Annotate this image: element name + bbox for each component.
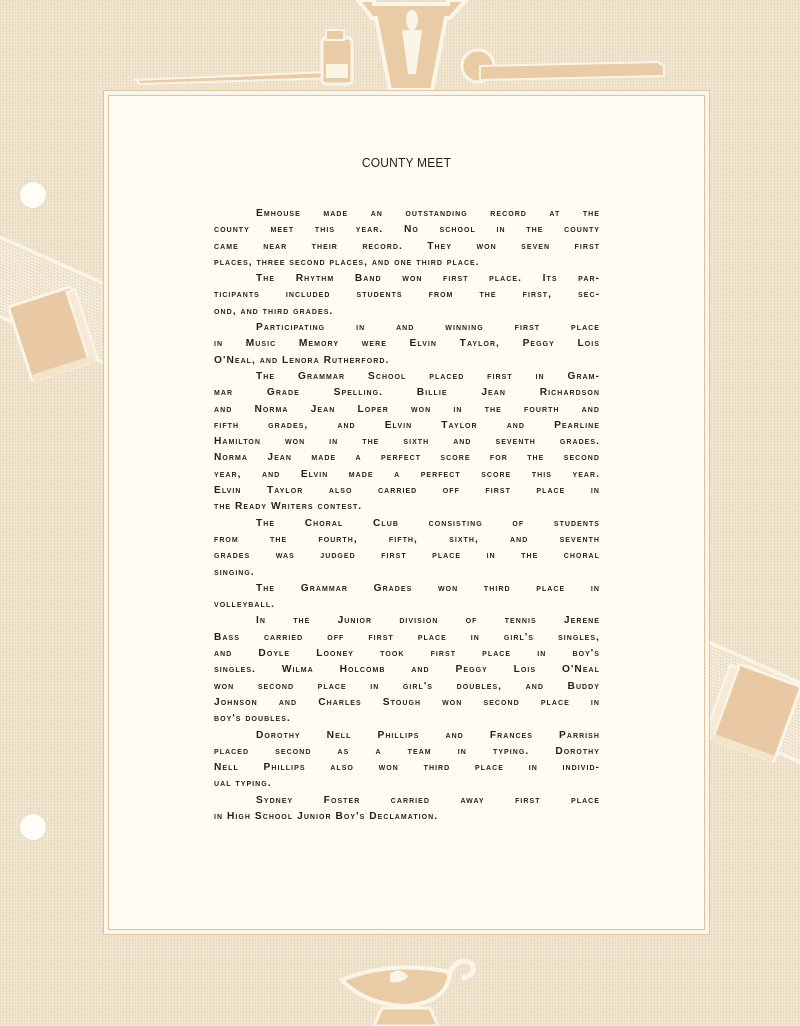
- text-line: Dorothy Nell Phillips and Frances Parris…: [214, 728, 600, 744]
- page-title: COUNTY MEET: [109, 156, 704, 171]
- text-line: and Doyle Looney took first place in boy…: [214, 646, 600, 662]
- text-line: The Choral Club consisting of students: [214, 516, 600, 532]
- text-line: Hamilton won in the sixth and seventh gr…: [214, 434, 600, 450]
- text-line: ual typing.: [214, 776, 600, 792]
- book-icon-right: [706, 656, 800, 766]
- text-line: grades was judged first place in the cho…: [214, 548, 600, 564]
- paragraph: Participating in and winning first place…: [214, 320, 600, 369]
- paragraph: The Grammar Grades won third place invol…: [214, 581, 600, 614]
- text-line: Participating in and winning first place: [214, 320, 600, 336]
- text-line: Emhouse made an outstanding record at th…: [214, 206, 600, 222]
- text-line: from the fourth, fifth, sixth, and seven…: [214, 532, 600, 548]
- text-line: Norma Jean made a perfect score for the …: [214, 450, 600, 466]
- paragraph: Emhouse made an outstanding record at th…: [214, 206, 600, 271]
- paragraph: Sydney Foster carried away first placein…: [214, 793, 600, 826]
- paragraph: The Choral Club consisting of studentsfr…: [214, 516, 600, 581]
- text-line: mar Grade Spelling. Billie Jean Richards…: [214, 385, 600, 401]
- text-line: The Grammar Grades won third place in: [214, 581, 600, 597]
- book-icon-left: [4, 276, 104, 386]
- text-line: volleyball.: [214, 597, 600, 613]
- paragraph: The Rhythm Band won first place. Its par…: [214, 271, 600, 320]
- text-line: Elvin Taylor also carried off first plac…: [214, 483, 600, 499]
- text-line: The Grammar School placed first in Gram-: [214, 369, 600, 385]
- text-line: county meet this year. No school in the …: [214, 222, 600, 238]
- text-line: singing.: [214, 565, 600, 581]
- paragraph: Dorothy Nell Phillips and Frances Parris…: [214, 728, 600, 793]
- diploma-icon: [462, 50, 664, 82]
- text-line: and Norma Jean Loper won in the fourth a…: [214, 402, 600, 418]
- paragraph: In the Junior division of tennis JereneB…: [214, 613, 600, 727]
- text-line: O'Neal, and Lenora Rutherford.: [214, 353, 600, 369]
- punch-hole-bottom: [20, 814, 46, 840]
- text-line: ticipants included students from the fir…: [214, 287, 600, 303]
- text-line: places, three second places, and one thi…: [214, 255, 600, 271]
- text-line: ond, and third grades.: [214, 304, 600, 320]
- content-panel: COUNTY MEET Emhouse made an outstanding …: [108, 95, 705, 930]
- text-line: Bass carried off first place in girl's s…: [214, 630, 600, 646]
- text-line: Johnson and Charles Stough won second pl…: [214, 695, 600, 711]
- text-line: The Rhythm Band won first place. Its par…: [214, 271, 600, 287]
- text-line: won second place in girl's doubles, and …: [214, 679, 600, 695]
- text-line: Sydney Foster carried away first place: [214, 793, 600, 809]
- text-line: the Ready Writers contest.: [214, 499, 600, 515]
- text-line: in Music Memory were Elvin Taylor, Peggy…: [214, 336, 600, 352]
- keystone-torch-icon: [358, 0, 466, 90]
- punch-hole-top: [20, 182, 46, 208]
- lamp-of-knowledge-icon: [330, 950, 500, 1026]
- text-line: In the Junior division of tennis Jerene: [214, 613, 600, 629]
- paragraph: The Grammar School placed first in Gram-…: [214, 369, 600, 516]
- article-body: Emhouse made an outstanding record at th…: [214, 206, 600, 825]
- text-line: placed second as a team in typing. Dorot…: [214, 744, 600, 760]
- text-line: singles. Wilma Holcomb and Peggy Lois O'…: [214, 662, 600, 678]
- text-line: Nell Phillips also won third place in in…: [214, 760, 600, 776]
- text-line: year, and Elvin made a perfect score thi…: [214, 467, 600, 483]
- inkwell-icon: [322, 30, 352, 84]
- top-emblem: [130, 0, 670, 92]
- text-line: came near their record. They won seven f…: [214, 239, 600, 255]
- text-line: boy's doubles.: [214, 711, 600, 727]
- text-line: in High School Junior Boy's Declamation.: [214, 809, 600, 825]
- pen-icon: [136, 72, 335, 84]
- text-line: fifth grades, and Elvin Taylor and Pearl…: [214, 418, 600, 434]
